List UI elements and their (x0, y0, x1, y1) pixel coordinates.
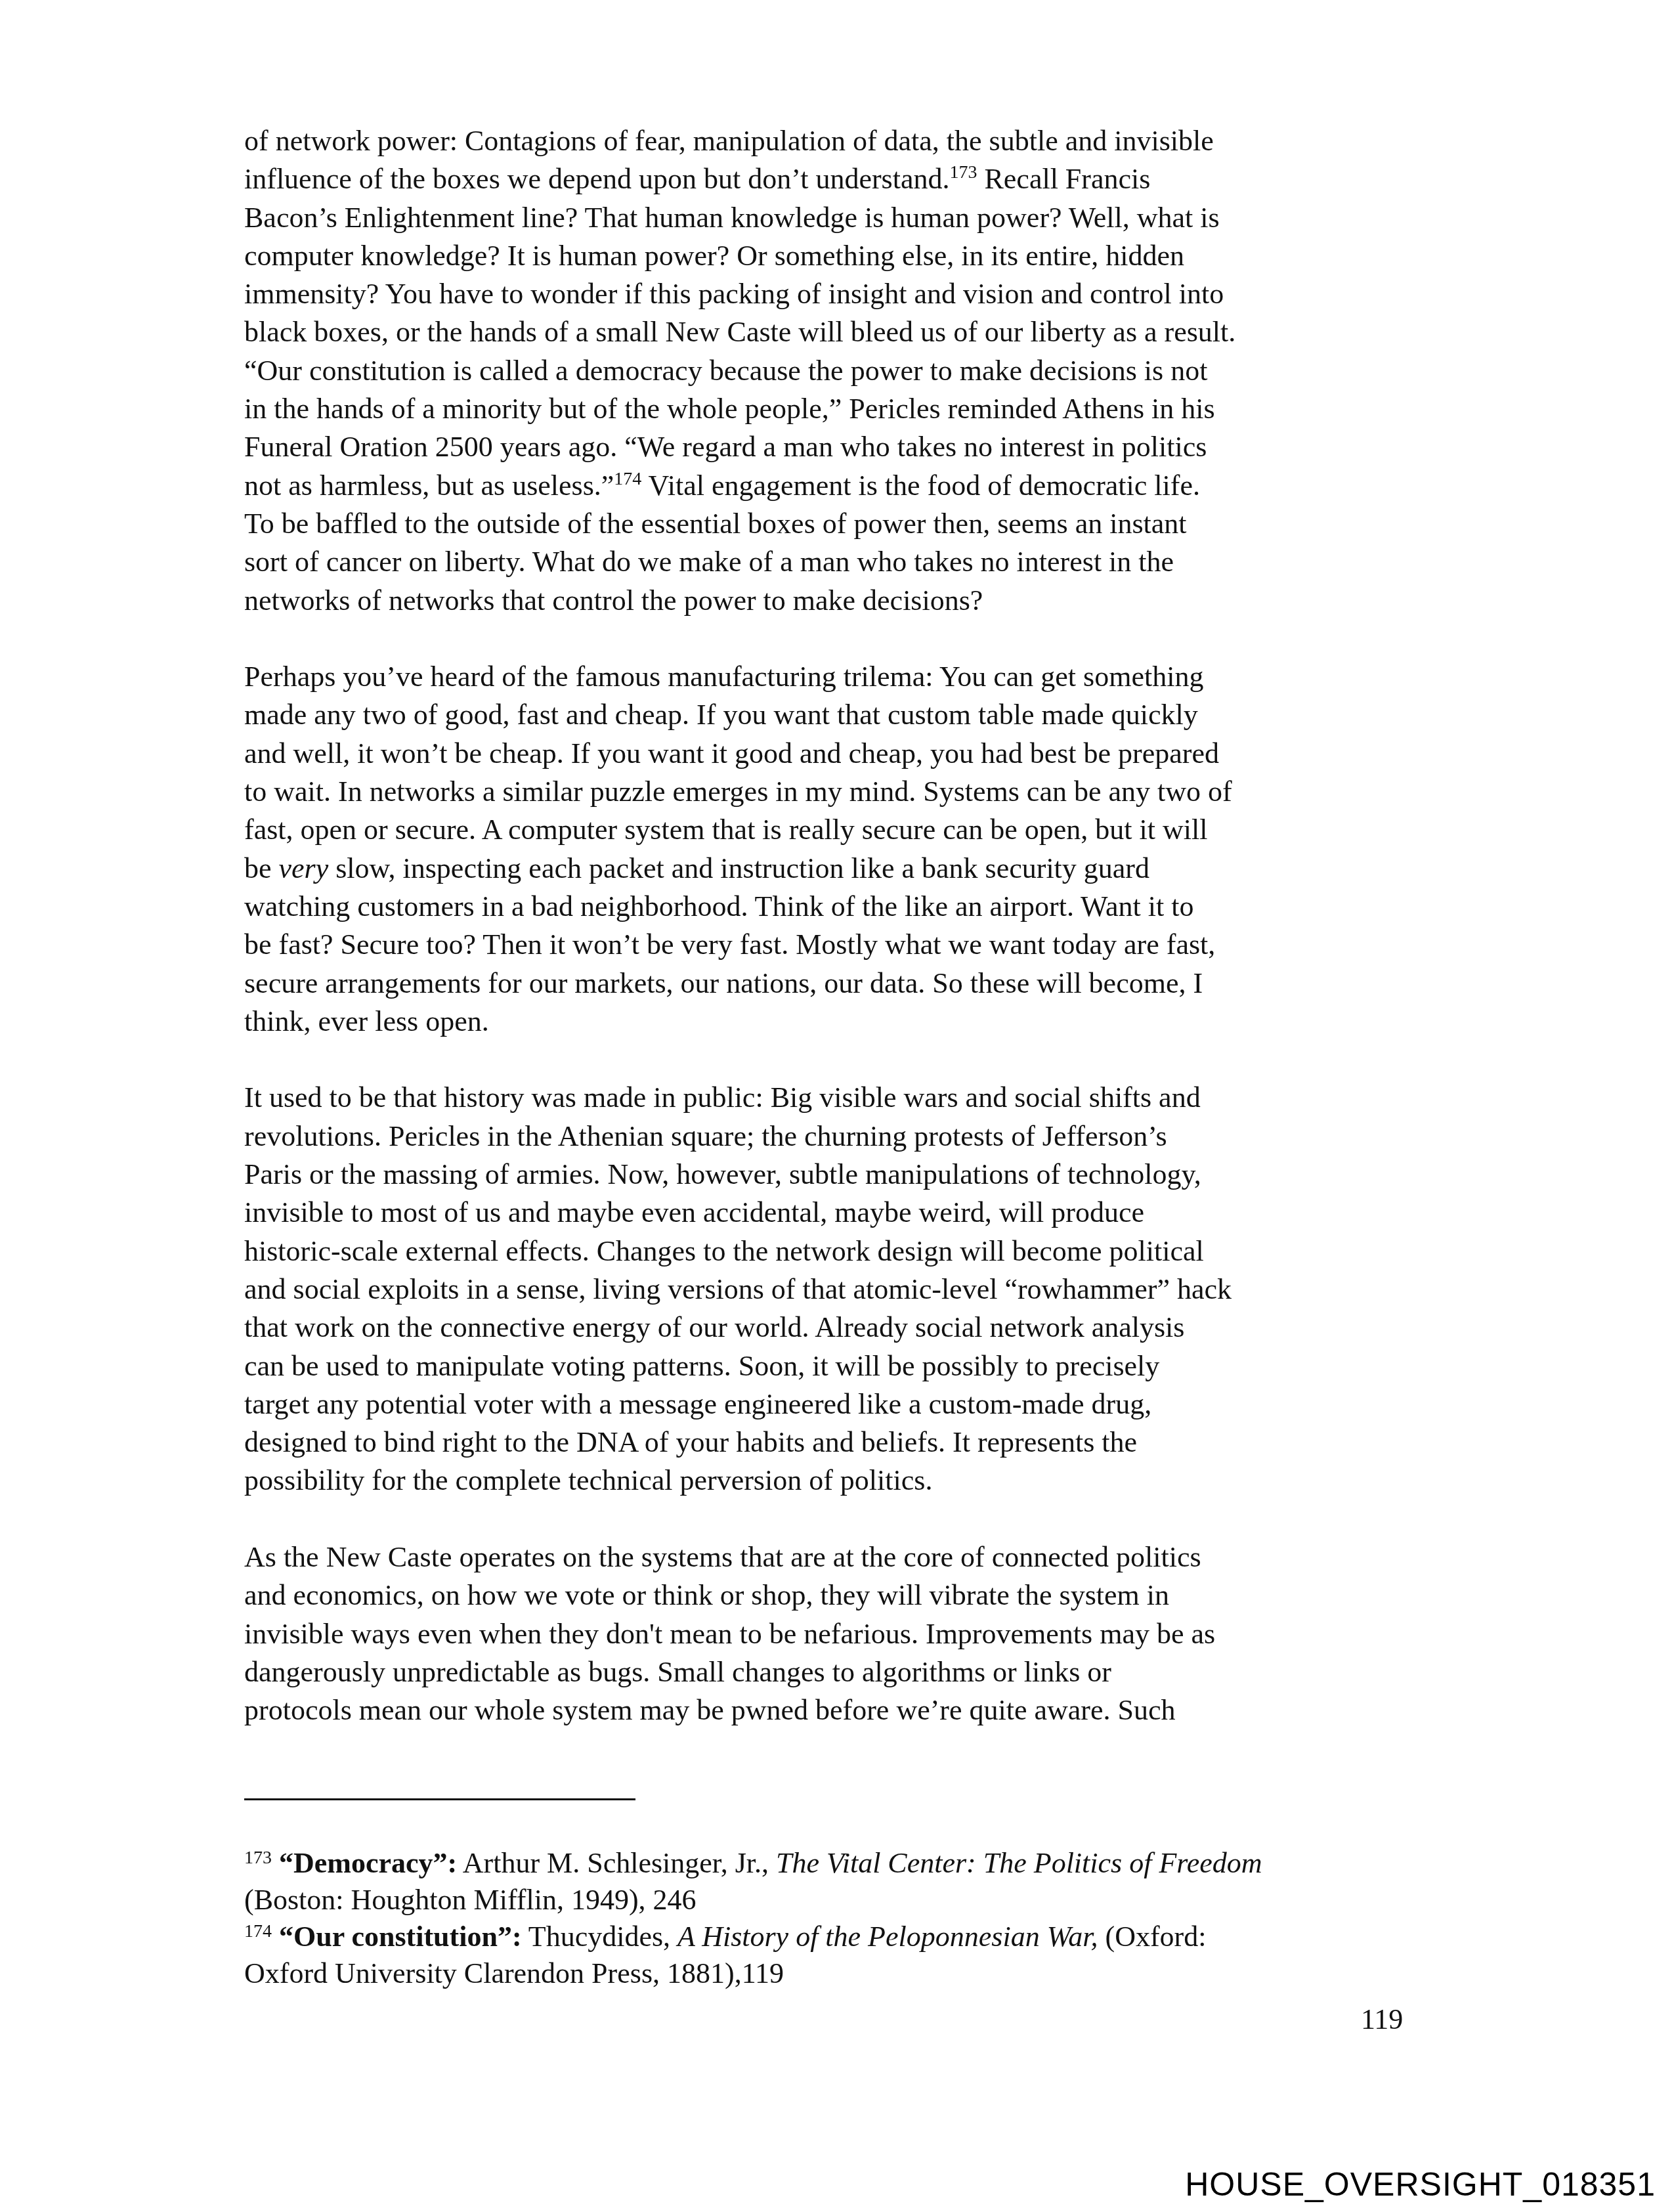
text-line: target any potential voter with a messag… (244, 1385, 1426, 1423)
text-line: revolutions. Pericles in the Athenian sq… (244, 1117, 1426, 1156)
text-line: immensity? You have to wonder if this pa… (244, 275, 1426, 313)
text-line: Funeral Oration 2500 years ago. “We rega… (244, 428, 1426, 466)
paragraph-gap (244, 1500, 1426, 1538)
text-line: networks of networks that control the po… (244, 582, 1426, 620)
text-line: secure arrangements for our markets, our… (244, 965, 1426, 1003)
paragraph: of network power: Contagions of fear, ma… (244, 122, 1426, 620)
footnote-title: A History of the Peloponnesian War, (677, 1920, 1098, 1953)
text-line: designed to bind right to the DNA of you… (244, 1423, 1426, 1462)
text-line: be very slow, inspecting each packet and… (244, 850, 1426, 888)
text-line: that work on the connective energy of ou… (244, 1309, 1426, 1347)
text-line: protocols mean our whole system may be p… (244, 1691, 1426, 1729)
text-line: influence of the boxes we depend upon bu… (244, 160, 1426, 198)
text-segment: Vital engagement is the food of democrat… (641, 469, 1200, 502)
text-segment: not as harmless, but as useless.” (244, 469, 614, 502)
paragraph-gap (244, 1041, 1426, 1079)
text-line: and social exploits in a sense, living v… (244, 1270, 1426, 1309)
text-line: historic-scale external effects. Changes… (244, 1232, 1426, 1270)
text-line: Paris or the massing of armies. Now, how… (244, 1156, 1426, 1194)
text-line: of network power: Contagions of fear, ma… (244, 122, 1426, 160)
text-line: invisible to most of us and maybe even a… (244, 1194, 1426, 1232)
footnote-number: 173 (244, 1848, 272, 1868)
bates-stamp: HOUSE_OVERSIGHT_018351 (1185, 2165, 1656, 2203)
text-line: can be used to manipulate voting pattern… (244, 1347, 1426, 1385)
footnote-publisher: (Oxford: (1098, 1920, 1207, 1953)
footnotes: 173 “Democracy”: Arthur M. Schlesinger, … (244, 1845, 1432, 1992)
footnote-174-continuation: Oxford University Clarendon Press, 1881)… (244, 1955, 1432, 1992)
paragraph: It used to be that history was made in p… (244, 1079, 1426, 1500)
text-line: computer knowledge? It is human power? O… (244, 237, 1426, 275)
text-line: think, ever less open. (244, 1003, 1426, 1041)
footnote-author: Thucydides, (522, 1920, 678, 1953)
text-segment: slow, inspecting each packet and instruc… (328, 852, 1149, 884)
footnote-number: 174 (244, 1921, 272, 1941)
footnote-reference[interactable]: 174 (614, 469, 641, 489)
text-segment: influence of the boxes we depend upon bu… (244, 163, 949, 195)
text-line: Bacon’s Enlightenment line? That human k… (244, 199, 1426, 237)
paragraph: Perhaps you’ve heard of the famous manuf… (244, 658, 1426, 1041)
text-line: It used to be that history was made in p… (244, 1079, 1426, 1117)
text-line: be fast? Secure too? Then it won’t be ve… (244, 926, 1426, 964)
body-text: of network power: Contagions of fear, ma… (244, 122, 1426, 1729)
text-line: and well, it won’t be cheap. If you want… (244, 735, 1426, 773)
text-line: possibility for the complete technical p… (244, 1462, 1426, 1500)
text-line: Perhaps you’ve heard of the famous manuf… (244, 658, 1426, 696)
footnote-reference[interactable]: 173 (949, 162, 977, 183)
text-line: watching customers in a bad neighborhood… (244, 888, 1426, 926)
text-line: not as harmless, but as useless.”174 Vit… (244, 467, 1426, 505)
footnote-173-continuation: (Boston: Houghton Mifflin, 1949), 246 (244, 1882, 1432, 1919)
footnote-title: The Vital Center: The Politics of Freedo… (776, 1847, 1262, 1879)
footnote-keyword: “Democracy”: (279, 1847, 457, 1879)
text-line: “Our constitution is called a democracy … (244, 352, 1426, 390)
footnote-author: Arthur M. Schlesinger, Jr., (457, 1847, 776, 1879)
text-line: made any two of good, fast and cheap. If… (244, 696, 1426, 734)
paragraph-gap (244, 620, 1426, 658)
document-page: of network power: Contagions of fear, ma… (0, 0, 1674, 2212)
paragraph: As the New Caste operates on the systems… (244, 1538, 1426, 1729)
footnote-divider (244, 1798, 635, 1800)
footnote-173: 173 “Democracy”: Arthur M. Schlesinger, … (244, 1845, 1432, 1882)
text-line: invisible ways even when they don't mean… (244, 1615, 1426, 1653)
text-segment: Recall Francis (977, 163, 1150, 195)
text-line: and economics, on how we vote or think o… (244, 1576, 1426, 1615)
text-line: to wait. In networks a similar puzzle em… (244, 773, 1426, 811)
text-line: fast, open or secure. A computer system … (244, 811, 1426, 849)
footnote-174: 174 “Our constitution”: Thucydides, A Hi… (244, 1919, 1432, 1955)
page-number: 119 (1361, 2003, 1403, 2036)
text-segment: be (244, 852, 279, 884)
text-line: in the hands of a minority but of the wh… (244, 390, 1426, 428)
text-line: dangerously unpredictable as bugs. Small… (244, 1653, 1426, 1691)
text-line: sort of cancer on liberty. What do we ma… (244, 543, 1426, 581)
italic-emphasis: very (279, 852, 329, 884)
text-line: To be baffled to the outside of the esse… (244, 505, 1426, 543)
footnote-keyword: “Our constitution”: (279, 1920, 522, 1953)
text-line: black boxes, or the hands of a small New… (244, 313, 1426, 351)
text-line: As the New Caste operates on the systems… (244, 1538, 1426, 1576)
